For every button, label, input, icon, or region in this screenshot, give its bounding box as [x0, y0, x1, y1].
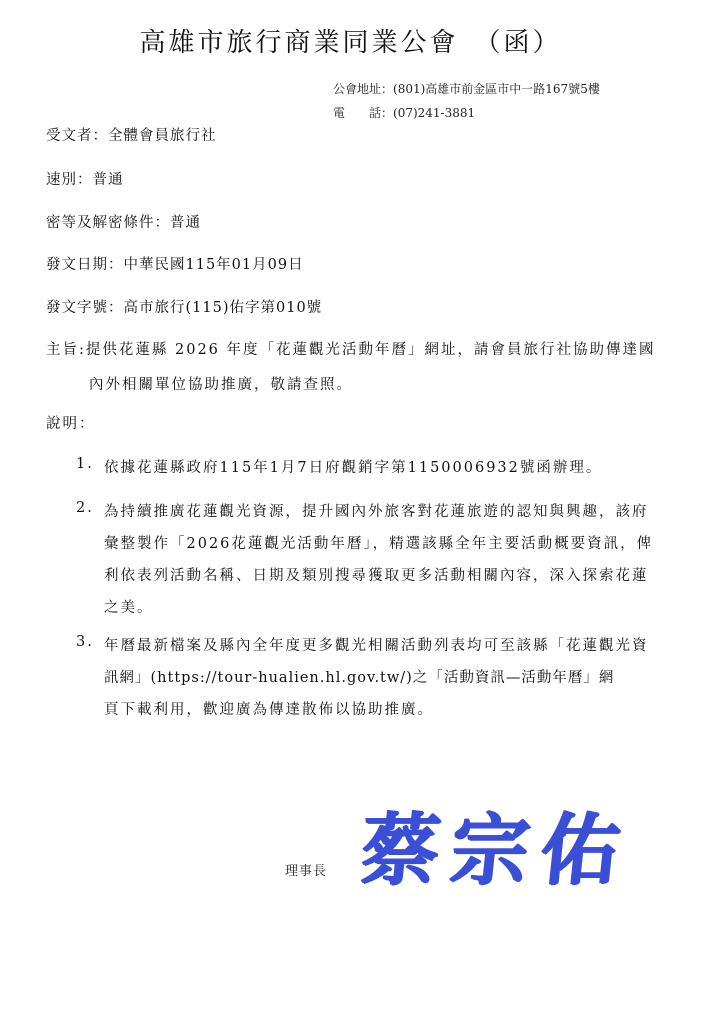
issue-date-field: 發文日期：中華民國115年01月09日: [46, 253, 304, 274]
address-label: 公會地址：: [333, 82, 393, 96]
phone-value: (07)241-3881: [393, 106, 475, 120]
explanation-item-2-number: 2.: [76, 500, 94, 516]
document-number-field: 發文字號：高市旅行(115)佑字第010號: [46, 296, 322, 317]
explanation-item-3-line-3: 頁下載利用，歡迎廣為傳達散佈以協助推廣。: [104, 698, 434, 719]
subject-line-2: 內外相關單位協助推廣，敬請查照。: [89, 373, 353, 394]
address-line: 公會地址：(801)高雄市前金區市中一路167號5樓: [333, 80, 600, 97]
explanation-item-2-line-1: 為持續推廣花蓮觀光資源，提升國內外旅客對花蓮旅遊的認知與興趣，該府: [104, 500, 649, 521]
explanation-item-1-line-1: 依據花蓮縣政府115年1月7日府觀銷字第1150006932號函辦理。: [104, 456, 602, 477]
chairman-signature-seal: 蔡宗佑: [356, 788, 638, 900]
classification-field: 密等及解密條件：普通: [46, 211, 201, 232]
phone-label: 電 話：: [333, 106, 393, 120]
document-title: 高雄市旅行商業同業公會 （函）: [0, 22, 701, 59]
explanation-item-3-number: 3.: [76, 634, 94, 650]
subject-text-1: 提供花蓮縣 2026 年度「花蓮觀光活動年曆」網址，請會員旅行社協助傳達國: [86, 342, 656, 358]
chairman-title: 理事長: [285, 860, 327, 879]
explanation-item-2-line-4: 之美。: [104, 596, 154, 617]
subject-label: 主旨:: [46, 342, 86, 358]
explanation-item-3-line-2: 訊網」(https://tour-hualien.hl.gov.tw/)之「活動…: [104, 666, 614, 687]
address-value: (801)高雄市前金區市中一路167號5樓: [393, 82, 600, 96]
explanation-item-3-line-1: 年曆最新檔案及縣內全年度更多觀光相關活動列表均可至該縣「花蓮觀光資: [104, 634, 649, 655]
explanation-item-2-line-3: 利依表列活動名稱、日期及類別搜尋獲取更多活動相關內容，深入探索花蓮: [104, 564, 649, 585]
explanation-item-1-number: 1.: [76, 456, 94, 472]
explanation-item-2-line-2: 彙整製作「2026花蓮觀光活動年曆」，精選該縣全年主要活動概要資訊，俾: [104, 532, 653, 553]
explanation-label: 說明：: [46, 412, 96, 433]
priority-field: 速別：普通: [46, 168, 124, 189]
recipient-field: 受文者：全體會員旅行社: [46, 124, 217, 145]
phone-line: 電 話：(07)241-3881: [333, 104, 475, 121]
subject-line-1: 主旨:提供花蓮縣 2026 年度「花蓮觀光活動年曆」網址，請會員旅行社協助傳達國: [46, 338, 656, 359]
